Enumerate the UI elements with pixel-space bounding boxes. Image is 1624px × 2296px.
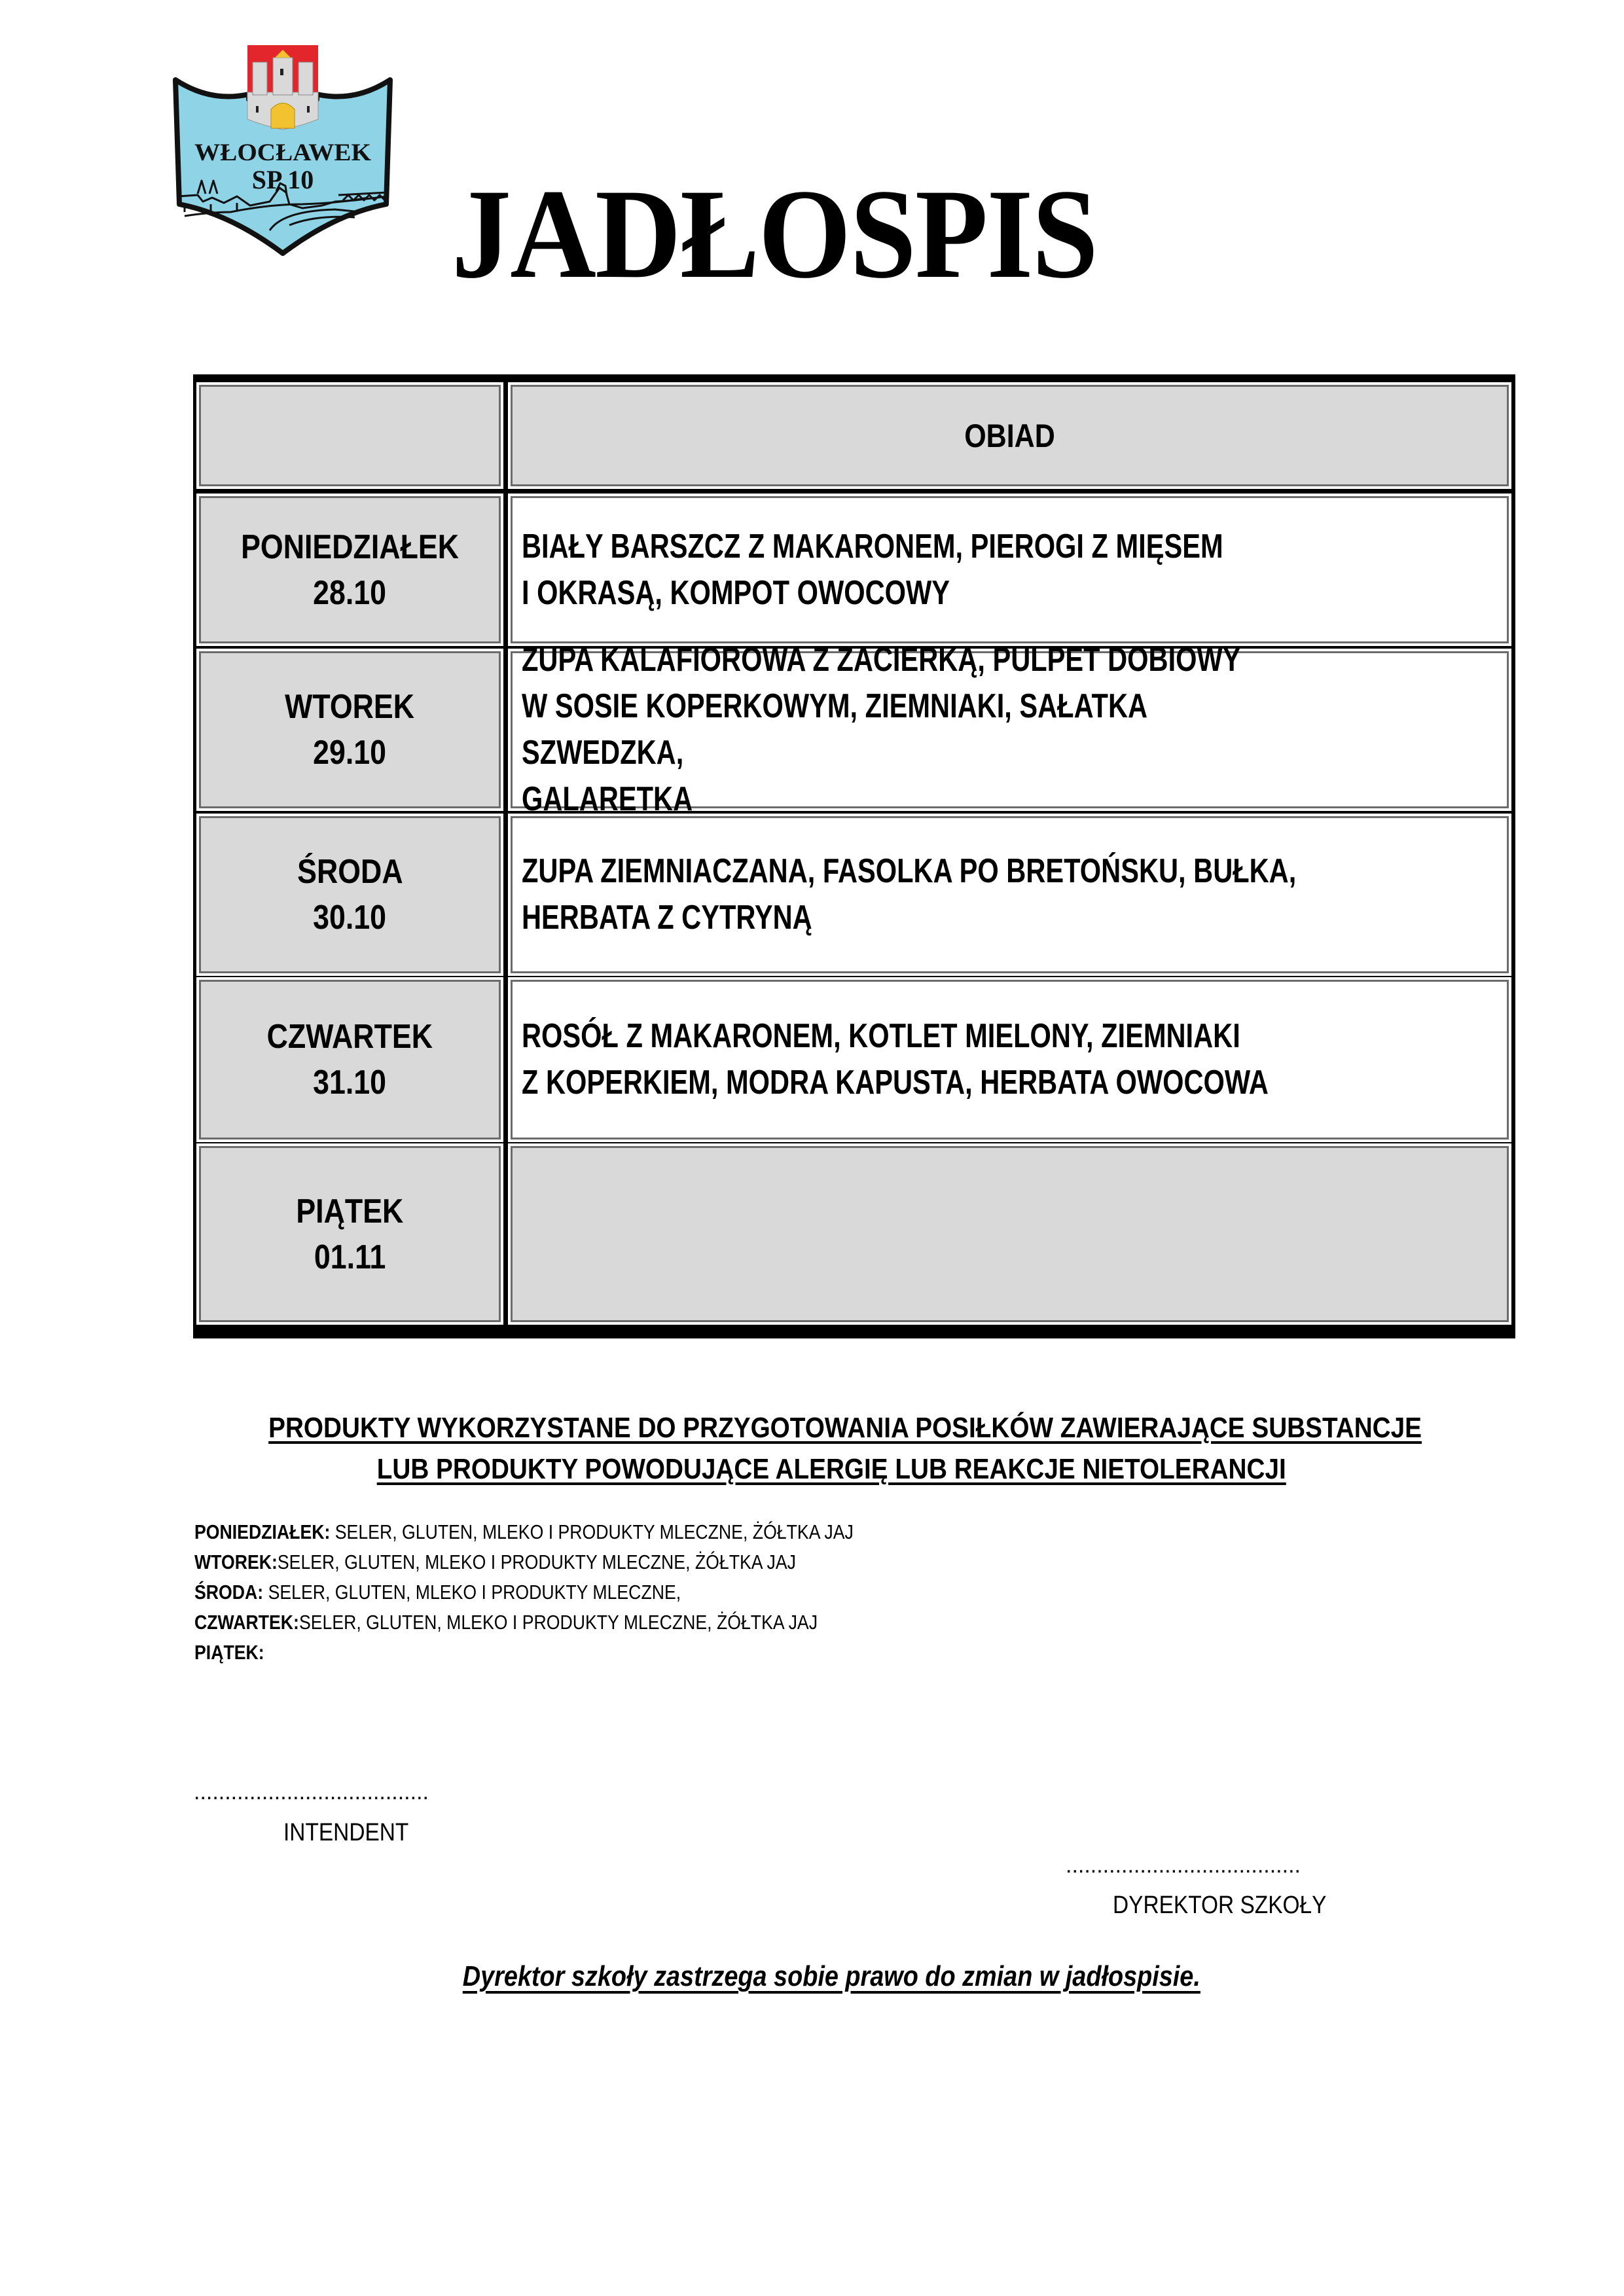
disclaimer-text: Dyrektor szkoły zastrzega sobie prawo do… xyxy=(462,1957,1200,1996)
menu-table: OBIAD PONIEDZIAŁEK 28.10 BIAŁY BARSZCZ Z… xyxy=(193,374,1515,1338)
day-name: ŚRODA xyxy=(297,849,403,895)
day-cell-thursday: CZWARTEK 31.10 xyxy=(199,980,501,1139)
day-date: 29.10 xyxy=(314,730,387,776)
meal-cell-tuesday: ZUPA KALAFIOROWA Z ZACIERKĄ, PULPET DOBI… xyxy=(511,651,1509,808)
meal-description: ZUPA KALAFIOROWA Z ZACIERKĄ, PULPET DOBI… xyxy=(522,637,1310,823)
allergen-item: PIĄTEK: xyxy=(194,1638,1039,1668)
meal-column-header: OBIAD xyxy=(582,417,1437,455)
school-crest-icon: WŁOCŁAWEK SP 10 xyxy=(171,41,394,257)
intendent-label: INTENDENT xyxy=(283,1818,408,1847)
day-name: CZWARTEK xyxy=(267,1014,433,1060)
day-cell-monday: PONIEDZIAŁEK 28.10 xyxy=(199,496,501,643)
director-label: DYREKTOR SZKOŁY xyxy=(1113,1891,1326,1920)
allergen-item: ŚRODA: SELER, GLUTEN, MLEKO I PRODUKTY M… xyxy=(194,1577,1039,1607)
day-date: 28.10 xyxy=(314,570,387,616)
day-name: PONIEDZIAŁEK xyxy=(241,524,459,570)
meal-cell-monday: BIAŁY BARSZCZ Z MAKARONEM, PIEROGI Z MIĘ… xyxy=(511,496,1509,643)
allergen-values: SELER, GLUTEN, MLEKO I PRODUKTY MLECZNE,… xyxy=(299,1611,818,1634)
allergen-heading: PRODUKTY WYKORZYSTANE DO PRZYGOTOWANIA P… xyxy=(190,1407,1473,1490)
director-signature-line: ...................................... xyxy=(1066,1852,1301,1878)
allergen-day-label: PIĄTEK: xyxy=(194,1641,264,1664)
allergen-heading-line-1: PRODUKTY WYKORZYSTANE DO PRZYGOTOWANIA P… xyxy=(268,1407,1422,1448)
day-cell-friday: PIĄTEK 01.11 xyxy=(199,1146,501,1322)
header-day-cell xyxy=(199,385,501,486)
meal-description: BIAŁY BARSZCZ Z MAKARONEM, PIEROGI Z MIĘ… xyxy=(522,524,1310,617)
page-title: JADŁOSPIS xyxy=(452,169,1178,300)
allergen-values: SELER, GLUTEN, MLEKO I PRODUKTY MLECZNE,… xyxy=(278,1551,796,1573)
allergen-day-label: CZWARTEK: xyxy=(194,1611,299,1634)
day-date: 01.11 xyxy=(314,1234,386,1280)
allergen-item: PONIEDZIAŁEK: SELER, GLUTEN, MLEKO I PRO… xyxy=(194,1517,1039,1547)
day-date: 31.10 xyxy=(314,1060,387,1105)
allergen-heading-line-2: LUB PRODUKTY POWODUJĄCE ALERGIĘ LUB REAK… xyxy=(376,1448,1286,1490)
disclaimer: Dyrektor szkoły zastrzega sobie prawo do… xyxy=(190,1957,1473,1996)
allergen-values: SELER, GLUTEN, MLEKO I PRODUKTY MLECZNE,… xyxy=(330,1520,853,1543)
meal-description: ZUPA ZIEMNIACZANA, FASOLKA PO BRETOŃSKU,… xyxy=(522,848,1310,941)
allergen-item: WTOREK:SELER, GLUTEN, MLEKO I PRODUKTY M… xyxy=(194,1547,1039,1577)
day-name: PIĄTEK xyxy=(297,1189,404,1234)
allergen-values: SELER, GLUTEN, MLEKO I PRODUKTY MLECZNE, xyxy=(263,1581,681,1604)
allergen-day-label: WTOREK: xyxy=(194,1551,278,1573)
meal-cell-friday xyxy=(511,1146,1509,1322)
day-name: WTOREK xyxy=(285,684,415,730)
meal-cell-thursday: ROSÓŁ Z MAKARONEM, KOTLET MIELONY, ZIEMN… xyxy=(511,980,1509,1139)
allergen-day-label: PONIEDZIAŁEK: xyxy=(194,1520,330,1543)
allergen-day-label: ŚRODA: xyxy=(194,1581,263,1604)
header-meal-cell: OBIAD xyxy=(511,385,1509,486)
meal-description: ROSÓŁ Z MAKARONEM, KOTLET MIELONY, ZIEMN… xyxy=(522,1013,1310,1106)
day-cell-wednesday: ŚRODA 30.10 xyxy=(199,816,501,973)
allergen-list: PONIEDZIAŁEK: SELER, GLUTEN, MLEKO I PRO… xyxy=(194,1517,1176,1668)
intendent-signature-line: ...................................... xyxy=(194,1779,429,1805)
day-cell-tuesday: WTOREK 29.10 xyxy=(199,651,501,808)
meal-cell-wednesday: ZUPA ZIEMNIACZANA, FASOLKA PO BRETOŃSKU,… xyxy=(511,816,1509,973)
day-date: 30.10 xyxy=(314,895,387,941)
allergen-item: CZWARTEK:SELER, GLUTEN, MLEKO I PRODUKTY… xyxy=(194,1607,1039,1638)
svg-text:WŁOCŁAWEK: WŁOCŁAWEK xyxy=(194,139,371,166)
